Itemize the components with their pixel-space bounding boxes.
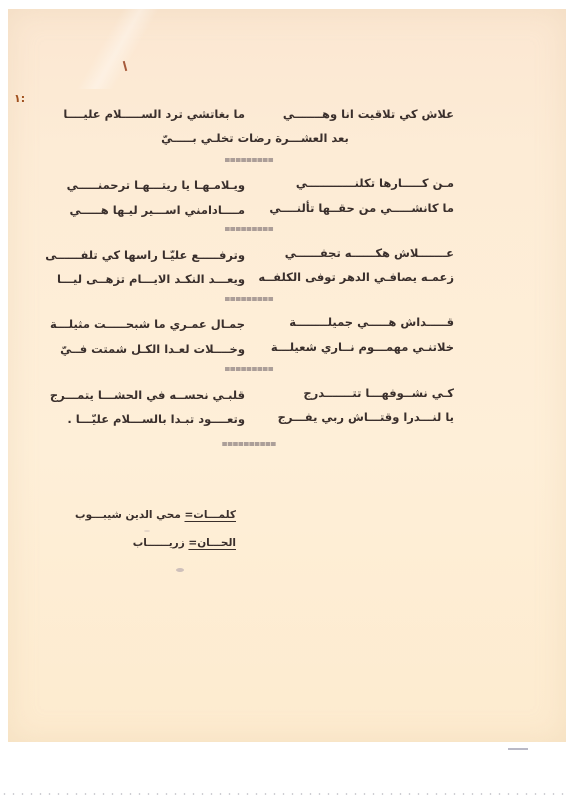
verse-line-left: وخــــلات لعـدا الكـل شمتت فــيّ xyxy=(52,341,245,357)
credit-music-label: الحـــان= xyxy=(188,537,236,549)
section-divider-final: ========== xyxy=(196,440,302,450)
verse-line-left: وترفـــــع عليّـا راسها كي تلفــــــى xyxy=(52,247,245,263)
page-marker: ١: xyxy=(14,92,25,105)
credit-lyrics-value: محي الدين شيبـــوب xyxy=(75,509,181,521)
section-divider: ========= xyxy=(200,225,298,235)
section-divider: ========= xyxy=(200,295,298,305)
verse-line-right: يا لنـــدرا وقتـــاش ربي يفـــرج xyxy=(280,409,454,425)
verse-intro-line2: بعد العشـــرة رضات تخلـي بـــــيّ xyxy=(150,130,360,146)
verse-line-left: قلبـي نحســه في الحشـــا يتمـــرج xyxy=(52,387,245,403)
paper-fold-shading xyxy=(48,9,188,89)
ink-smudge xyxy=(176,568,184,572)
verse-intro-right: علاش كي تلاقيت انا وهـــــــي xyxy=(280,106,454,122)
ink-smudge xyxy=(144,530,150,532)
credit-music: الحـــان= زريــــــاب xyxy=(60,536,236,550)
verse-line-right: زعمـه يصافـي الدهر توفى الكلفــه xyxy=(280,269,454,285)
section-divider: ========= xyxy=(200,156,298,166)
verse-line-left: ويـلامـهـا يا ريتـــهـا ترحمنـــــي xyxy=(52,177,245,193)
verse-line-left: مــــادامني اســـير ليـها هـــــي xyxy=(52,202,245,218)
verse-line-left: ويعـــد النكـد الايـــام تزهــى ليـــا xyxy=(52,271,245,287)
verse-line-left: جمـال عمـري ما شبحـــــت مثيلـــة xyxy=(52,316,245,332)
verse-intro-left: ما بغاتشي ترد الســـــلام عليــــا xyxy=(52,106,245,122)
scan-edge-dots xyxy=(0,793,566,795)
scan-mark xyxy=(508,748,528,750)
verse-line-right: مـن كـــــارها تكلنــــــــــــي xyxy=(280,175,454,191)
verse-line-right: عـــــــلاش هكــــــه تجفــــــي xyxy=(280,245,454,261)
verse-line-right: خلاتنـي مهمـــوم نــاري شعيلـــة xyxy=(280,339,454,355)
verse-line-right: ما كانشـــــي من حقــها تألنــــي xyxy=(280,200,454,216)
credit-music-value: زريــــــاب xyxy=(133,537,185,549)
verse-line-right: قـــــداش هـــــي جميلــــــــة xyxy=(280,314,454,330)
section-divider: ========= xyxy=(200,365,298,375)
credit-lyrics: كلمـــات= محي الدين شيبـــوب xyxy=(60,508,236,522)
credit-lyrics-label: كلمـــات= xyxy=(185,509,237,521)
verse-line-left: وتعــــود تبـدا بالســـلام عليّـــا . xyxy=(52,411,245,427)
verse-line-right: كـي نشــوفهـــا تتـــــــدرج xyxy=(280,385,454,401)
